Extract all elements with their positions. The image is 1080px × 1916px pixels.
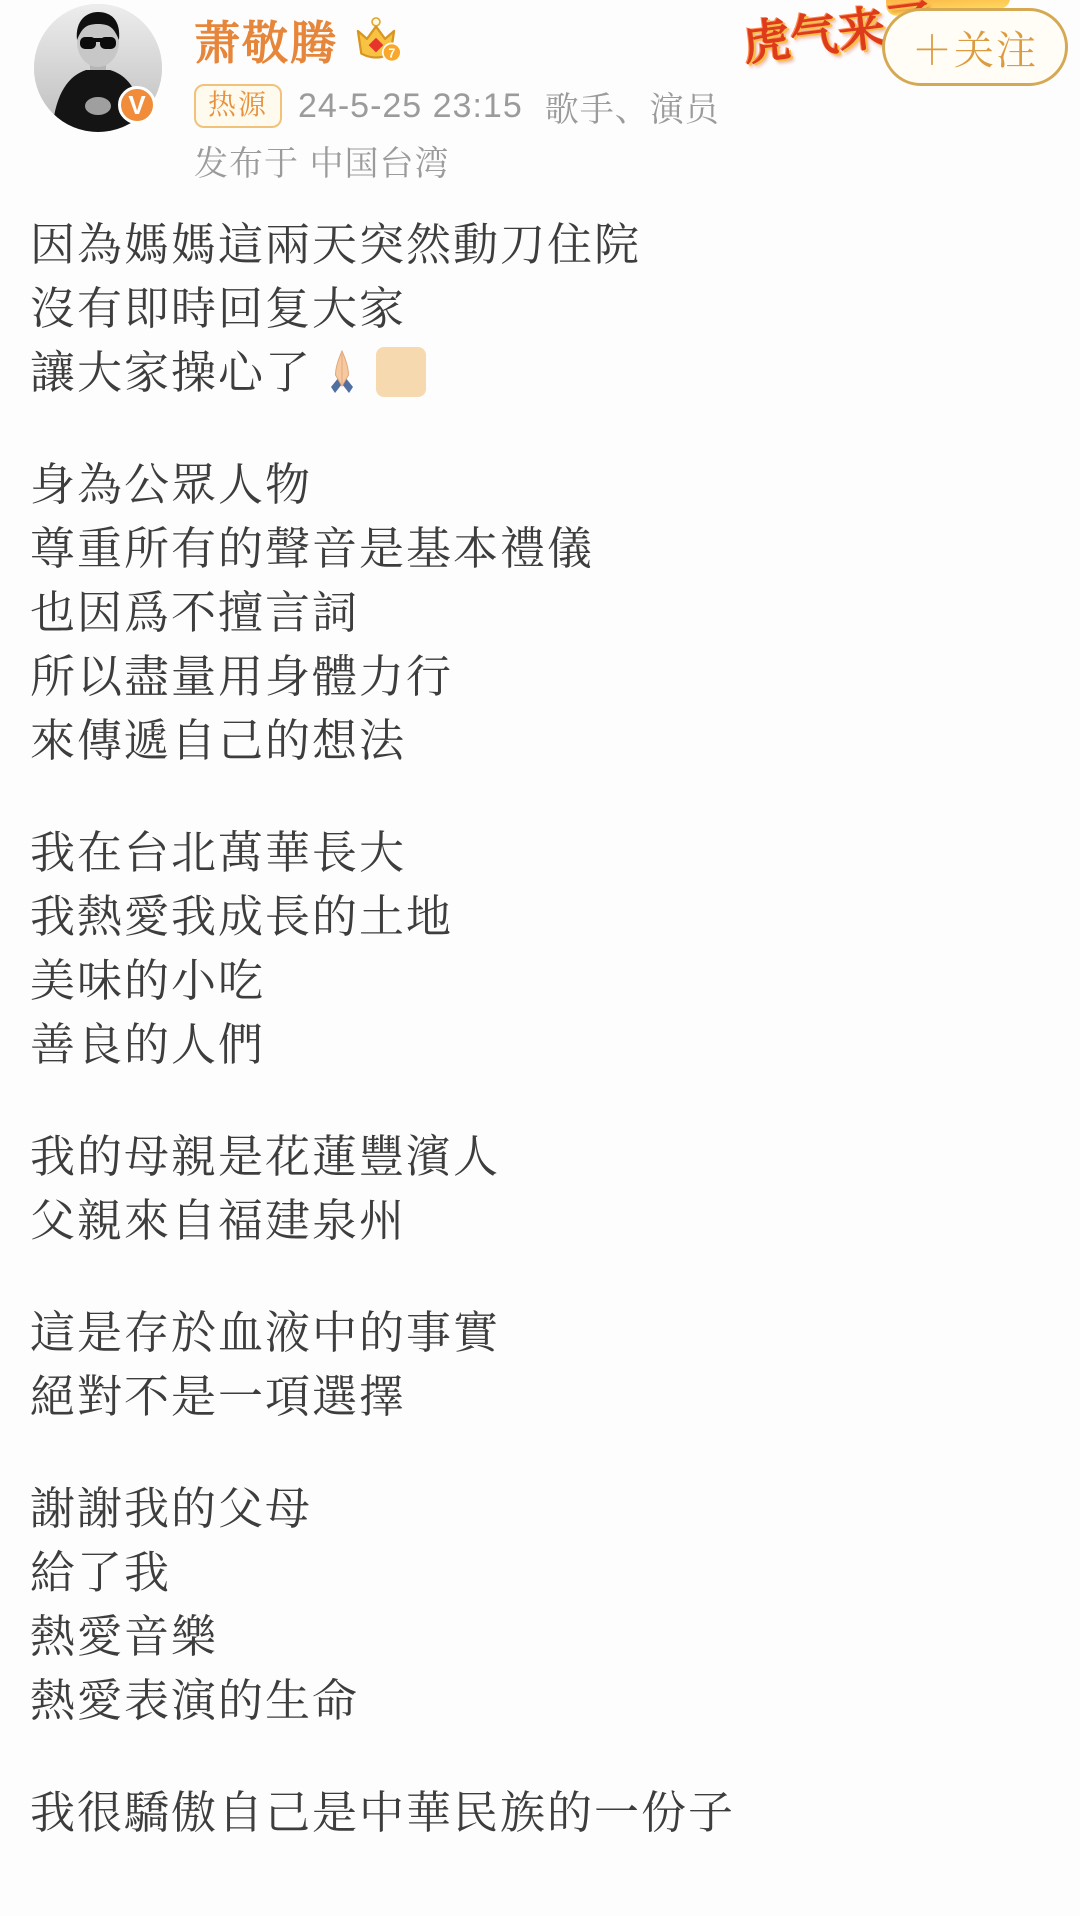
post-line: 這是存於血液中的事實 (30, 1301, 1060, 1365)
user-name-row: 萧敬腾 7 (194, 12, 402, 68)
follow-button[interactable]: ＋关注 (882, 8, 1068, 86)
post-stanza: 謝謝我的父母 給了我 熱愛音樂 熱愛表演的生命 (30, 1477, 1060, 1733)
post-line: 來傳遞自己的想法 (30, 709, 1060, 773)
username[interactable]: 萧敬腾 (194, 7, 338, 73)
post-stanza: 我很驕傲自己是中華民族的一份子 (30, 1781, 1060, 1845)
post-stanza: 因為媽媽這兩天突然動刀住院 沒有即時回复大家 讓大家操心了 (30, 213, 1060, 405)
post-line: 沒有即時回复大家 (30, 277, 1060, 341)
verified-letter: V (128, 92, 145, 118)
publish-location-row: 发布于 中国台湾 (194, 138, 449, 182)
post-line: 讓大家操心了 (30, 341, 1060, 405)
post-line: 我的母親是花蓮豐濱人 (30, 1125, 1060, 1189)
vip-crown-icon: 7 (350, 16, 402, 64)
user-occupation: 歌手、演员 (545, 82, 720, 131)
post-line: 熱愛表演的生命 (30, 1669, 1060, 1733)
post-line: 美味的小吃 (30, 949, 1060, 1013)
skin-tone-patch-icon (376, 347, 426, 397)
post-line: 父親來自福建泉州 (30, 1189, 1060, 1253)
post-line: 我很驕傲自己是中華民族的一份子 (30, 1781, 1060, 1845)
post-line: 因為媽媽這兩天突然動刀住院 (30, 213, 1060, 277)
post-timestamp: 24-5-25 23:15 (298, 87, 523, 126)
post-line-text: 讓大家操心了 (30, 347, 312, 398)
post-meta-row: 热源 24-5-25 23:15 歌手、演员 (194, 84, 720, 128)
post-line: 尊重所有的聲音是基本禮儀 (30, 517, 1060, 581)
post-line: 身為公眾人物 (30, 453, 1060, 517)
verified-badge-icon: V (118, 86, 156, 124)
post-line: 善良的人們 (30, 1013, 1060, 1077)
post-line: 我熱愛我成長的土地 (30, 885, 1060, 949)
post-line: 絕對不是一項選擇 (30, 1365, 1060, 1429)
post-line: 也因爲不擅言詞 (30, 581, 1060, 645)
post-line: 所以盡量用身體力行 (30, 645, 1060, 709)
post-stanza: 我在台北萬華長大 我熱愛我成長的土地 美味的小吃 善良的人們 (30, 821, 1060, 1077)
hot-source-badge[interactable]: 热源 (194, 84, 282, 128)
post-line: 給了我 (30, 1541, 1060, 1605)
post-stanza: 我的母親是花蓮豐濱人 父親來自福建泉州 (30, 1125, 1060, 1253)
vip-level-number: 7 (388, 47, 395, 61)
folded-hands-icon (318, 348, 366, 396)
post-line: 謝謝我的父母 (30, 1477, 1060, 1541)
post-line: 熱愛音樂 (30, 1605, 1060, 1669)
post-stanza: 這是存於血液中的事實 絕對不是一項選擇 (30, 1301, 1060, 1429)
post-line: 我在台北萬華長大 (30, 821, 1060, 885)
post-body: 因為媽媽這兩天突然動刀住院 沒有即時回复大家 讓大家操心了 身為公眾人物 尊重所… (30, 213, 1060, 1845)
weibo-post-screen: V 萧敬腾 7 热源 24-5-25 23:15 歌手、演员 发布于 中国台湾 … (0, 0, 1080, 1916)
publish-location: 发布于 中国台湾 (194, 136, 449, 185)
post-stanza: 身為公眾人物 尊重所有的聲音是基本禮儀 也因爲不擅言詞 所以盡量用身體力行 來傳… (30, 453, 1060, 773)
